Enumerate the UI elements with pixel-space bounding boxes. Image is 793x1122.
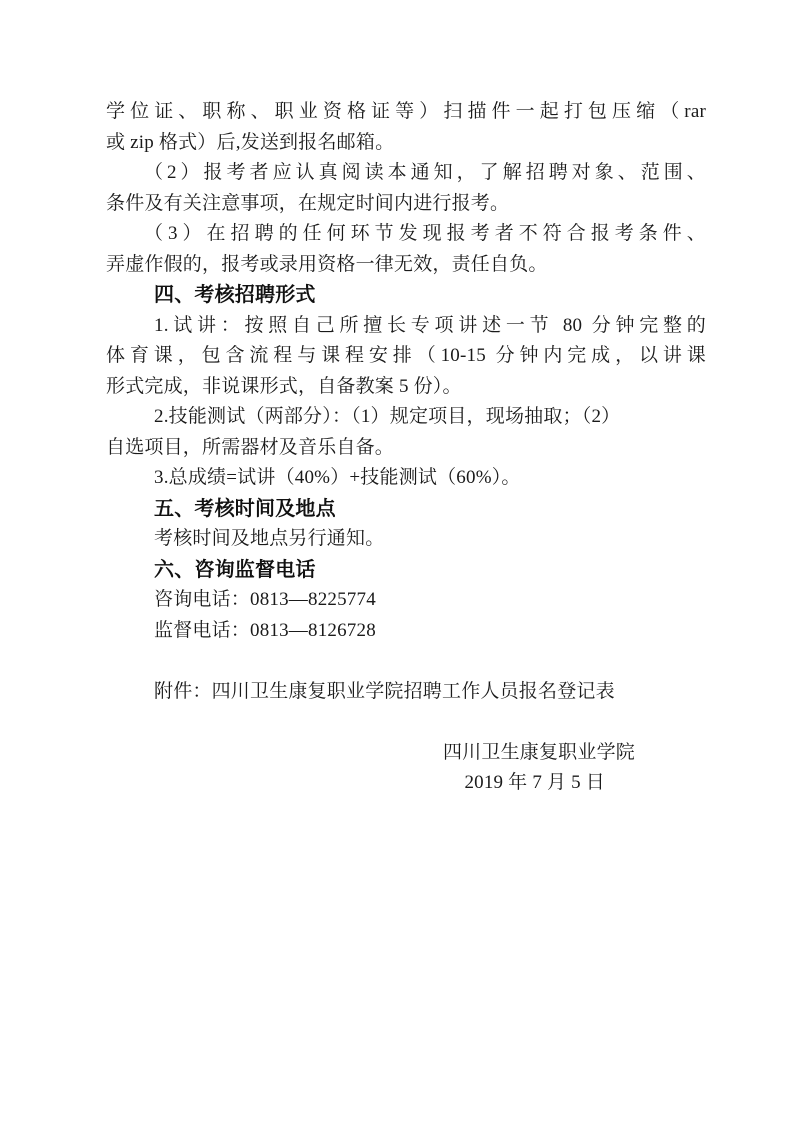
body-line: 1.试讲：按照自己所擅长专项讲述一节 80 分钟完整的	[106, 311, 706, 342]
body-line: 2.技能测试（两部分）：（1）规定项目，现场抽取；（2）	[106, 402, 706, 433]
section-heading: 五、考核时间及地点	[106, 494, 706, 525]
signature-name: 四川卫生康复职业学院	[106, 738, 706, 769]
blank-line	[106, 707, 706, 738]
body-line: 体育课，包含流程与课程安排（10-15 分钟内完成，以讲课	[106, 341, 706, 372]
body-line: 3.总成绩=试讲（40%）+技能测试（60%）。	[106, 463, 706, 494]
section-heading: 六、咨询监督电话	[106, 555, 706, 586]
document-page: 学位证、职称、职业资格证等）扫描件一起打包压缩（rar或 zip 格式）后,发送…	[106, 97, 706, 799]
body-line: （2）报考者应认真阅读本通知，了解招聘对象、范围、	[106, 158, 706, 189]
section-heading: 四、考核招聘形式	[106, 280, 706, 311]
body-line: 学位证、职称、职业资格证等）扫描件一起打包压缩（rar	[106, 97, 706, 128]
body-line: 形式完成，非说课形式，自备教案 5 份）。	[106, 372, 706, 403]
body-line: 或 zip 格式）后,发送到报名邮箱。	[106, 128, 706, 159]
phone-line: 监督电话：0813—8126728	[106, 616, 706, 647]
signature-date: 2019 年 7 月 5 日	[106, 768, 706, 799]
body-line: 弄虚作假的，报考或录用资格一律无效，责任自负。	[106, 250, 706, 281]
body-line: 考核时间及地点另行通知。	[106, 524, 706, 555]
body-line: （3）在招聘的任何环节发现报考者不符合报考条件、	[106, 219, 706, 250]
body-line: 自选项目，所需器材及音乐自备。	[106, 433, 706, 464]
attachment-line: 附件：四川卫生康复职业学院招聘工作人员报名登记表	[106, 677, 706, 708]
blank-line	[106, 646, 706, 677]
body-line: 条件及有关注意事项，在规定时间内进行报考。	[106, 189, 706, 220]
phone-line: 咨询电话：0813—8225774	[106, 585, 706, 616]
